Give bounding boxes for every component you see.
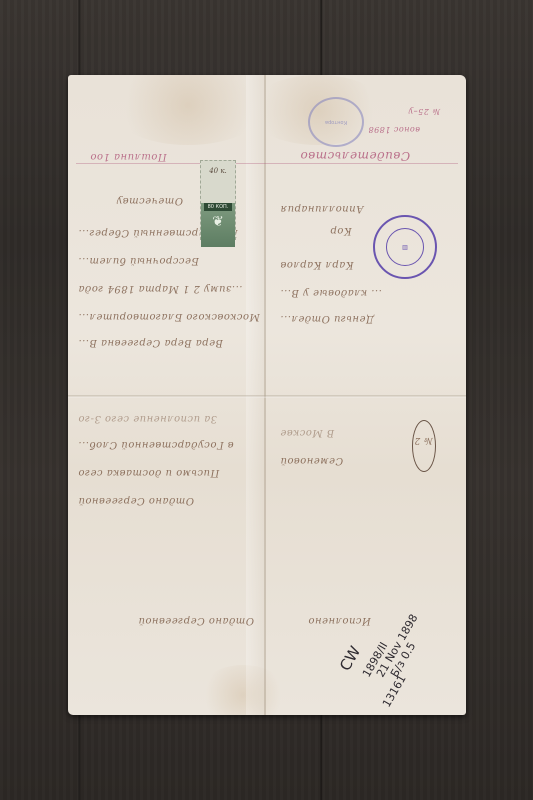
- faded-seal-text: Контора: [325, 119, 347, 125]
- coat-of-arms-icon: ❦: [201, 213, 235, 231]
- pencil-note: CW: [336, 643, 364, 674]
- old-document: Свидетельство Пошлина 1оо № 25–у вонос 1…: [68, 75, 466, 715]
- pink-note-top-right-2: вонос 1898: [368, 125, 420, 134]
- revenue-stamp: 40 к. 80 КОП. ❦: [200, 160, 236, 240]
- handwriting-line: Отдано Сергеевной: [78, 495, 194, 506]
- handwriting-line: Семеновой: [280, 455, 343, 466]
- horizontal-fold: [68, 395, 466, 398]
- handwriting-line: Отечеству: [116, 195, 183, 206]
- handwriting-line: Бессрочный билет...: [78, 255, 199, 266]
- handwriting-line: Кор: [330, 225, 352, 236]
- handwriting-line: Карл Карлов: [280, 259, 353, 270]
- handwriting-line: Исполнено: [308, 615, 371, 626]
- faded-seal: Контора: [308, 97, 364, 147]
- handwriting-line: Московского Благотворител...: [78, 311, 260, 322]
- handwriting-line: ...зиму 2 1 Марта 1894 года: [78, 283, 243, 294]
- handwriting-line: За исполнение сего 3-го: [78, 413, 217, 424]
- handwriting-line: Отдано Сергеевной: [138, 615, 254, 626]
- handwriting-line: В Москве: [280, 427, 334, 438]
- pink-header: Свидетельство: [300, 149, 410, 163]
- handwriting-line: Деньги Отдел...: [280, 313, 374, 324]
- ink-seal: ▥: [373, 215, 437, 279]
- marginal-number: № 2: [414, 435, 433, 445]
- handwriting-line: ... кладовые у В...: [280, 287, 382, 298]
- revenue-stamp-denomination: 80 КОП.: [204, 203, 232, 211]
- water-stain: [108, 75, 268, 145]
- water-stain: [198, 665, 288, 715]
- handwriting-line: Письмо и доставка сего: [78, 467, 219, 478]
- handwriting-line: в Государственной Слоб...: [78, 439, 234, 450]
- revenue-stamp-handwritten-value: 40 к.: [201, 161, 235, 199]
- pink-note-top-right: № 25–у: [408, 107, 440, 116]
- pink-underline: [76, 163, 458, 164]
- pink-header-left: Пошлина 1оо: [90, 151, 167, 162]
- seal-emblem-icon: ▥: [386, 228, 424, 266]
- handwriting-line: Вера Вера Сергеевна В...: [78, 337, 223, 348]
- handwriting-line: Апполлинария: [280, 203, 364, 214]
- marginal-oval: [412, 420, 436, 472]
